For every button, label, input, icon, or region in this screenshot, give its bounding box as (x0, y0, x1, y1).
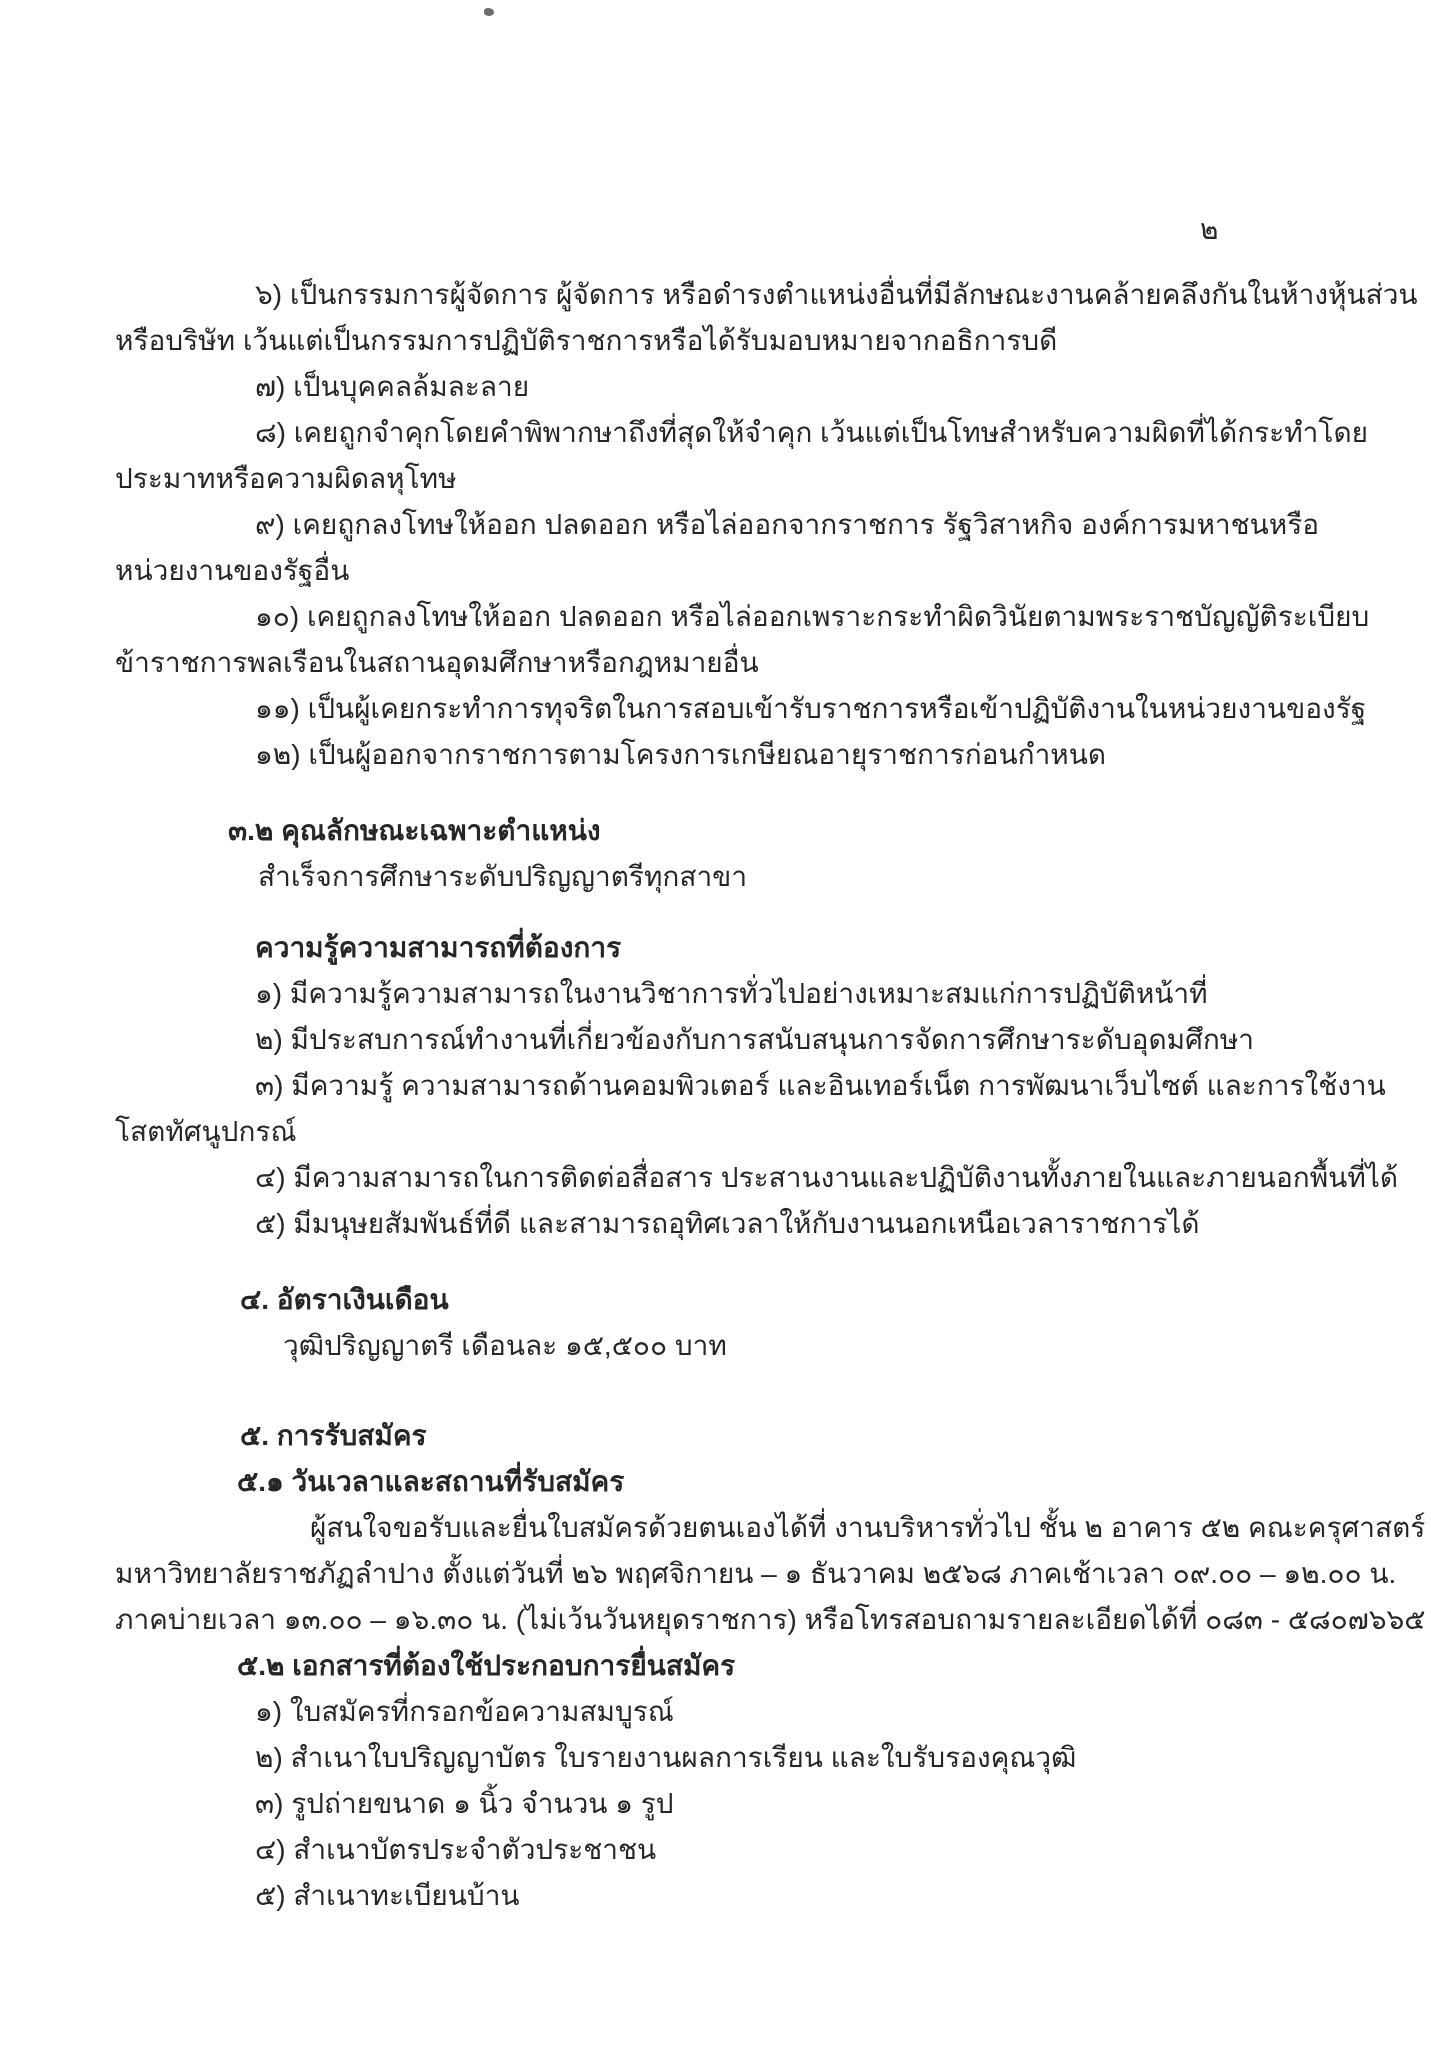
section-5-2-heading: ๕.๒ เอกสารที่ต้องใช้ประกอบการยื่นสมัคร (115, 1643, 1330, 1689)
required-document-3: ๓) รูปถ่ายขนาด ๑ นิ้ว จำนวน ๑ รูป (115, 1781, 1330, 1827)
disqualification-item-10-line-2: ข้าราชการพลเรือนในสถานอุดมศึกษาหรือกฎหมา… (115, 640, 1330, 686)
section-5-1-heading: ๕.๑ วันเวลาและสถานที่รับสมัคร (115, 1459, 1330, 1505)
disqualification-item-6-line-1: ๖) เป็นกรรมการผู้จัดการ ผู้จัดการ หรือดำ… (115, 272, 1330, 318)
application-paragraph-line-1: ผู้สนใจขอรับและยื่นใบสมัครด้วยตนเองได้ที… (115, 1505, 1330, 1551)
required-document-4: ๔) สำเนาบัตรประจำตัวประชาชน (115, 1827, 1330, 1873)
disqualification-item-10-line-1: ๑๐) เคยถูกลงโทษให้ออก ปลดออก หรือไล่ออกเ… (115, 594, 1330, 640)
required-document-2: ๒) สำเนาใบปริญญาบัตร ใบรายงานผลการเรียน … (115, 1735, 1330, 1781)
required-document-1: ๑) ใบสมัครที่กรอกข้อความสมบูรณ์ (115, 1689, 1330, 1735)
disqualification-item-12: ๑๒) เป็นผู้ออกจากราชการตามโครงการเกษียณอ… (115, 732, 1330, 778)
disqualification-item-7: ๗) เป็นบุคคลล้มละลาย (115, 364, 1330, 410)
disqualification-item-6-line-2: หรือบริษัท เว้นแต่เป็นกรรมการปฏิบัติราชก… (115, 318, 1330, 364)
page-number: ๒ (1200, 208, 1218, 252)
scan-artifact (484, 8, 494, 16)
disqualification-item-9-line-1: ๙) เคยถูกลงโทษให้ออก ปลดออก หรือไล่ออกจา… (115, 502, 1330, 548)
disqualification-item-9-line-2: หน่วยงานของรัฐอื่น (115, 548, 1330, 594)
section-5-heading: ๕. การรับสมัคร (115, 1413, 1330, 1459)
knowledge-item-4: ๔) มีความสามารถในการติดต่อสื่อสาร ประสาน… (115, 1155, 1330, 1201)
disqualification-item-8-line-1: ๘) เคยถูกจำคุกโดยคำพิพากษาถึงที่สุดให้จำ… (115, 410, 1330, 456)
section-3-2-detail: สำเร็จการศึกษาระดับปริญญาตรีทุกสาขา (115, 854, 1330, 900)
application-paragraph-line-2: มหาวิทยาลัยราชภัฏลำปาง ตั้งแต่วันที่ ๒๖ … (115, 1551, 1330, 1597)
disqualification-item-8-line-2: ประมาทหรือความผิดลหุโทษ (115, 456, 1330, 502)
application-paragraph-line-3: ภาคบ่ายเวลา ๑๓.๐๐ – ๑๖.๓๐ น. (ไม่เว้นวัน… (115, 1597, 1330, 1643)
section-4-detail: วุฒิปริญญาตรี เดือนละ ๑๕,๕๐๐ บาท (115, 1323, 1330, 1369)
disqualification-item-11: ๑๑) เป็นผู้เคยกระทำการทุจริตในการสอบเข้า… (115, 686, 1330, 732)
knowledge-item-1: ๑) มีความรู้ความสามารถในงานวิชาการทั่วไป… (115, 971, 1330, 1017)
knowledge-item-3-line-2: โสตทัศนูปกรณ์ (115, 1109, 1330, 1155)
knowledge-item-5: ๕) มีมนุษยสัมพันธ์ที่ดี และสามารถอุทิศเว… (115, 1201, 1330, 1247)
document-content: ๖) เป็นกรรมการผู้จัดการ ผู้จัดการ หรือดำ… (115, 272, 1330, 1919)
knowledge-heading: ความรู้ความสามารถที่ต้องการ (115, 925, 1330, 971)
knowledge-item-3-line-1: ๓) มีความรู้ ความสามารถด้านคอมพิวเตอร์ แ… (115, 1063, 1330, 1109)
section-3-2-heading: ๓.๒ คุณลักษณะเฉพาะตำแหน่ง (115, 808, 1330, 854)
knowledge-item-2: ๒) มีประสบการณ์ทำงานที่เกี่ยวข้องกับการส… (115, 1017, 1330, 1063)
scanned-document-page: ๒ ๖) เป็นกรรมการผู้จัดการ ผู้จัดการ หรือ… (0, 0, 1431, 2048)
section-4-heading: ๔. อัตราเงินเดือน (115, 1277, 1330, 1323)
required-document-5: ๕) สำเนาทะเบียนบ้าน (115, 1873, 1330, 1919)
